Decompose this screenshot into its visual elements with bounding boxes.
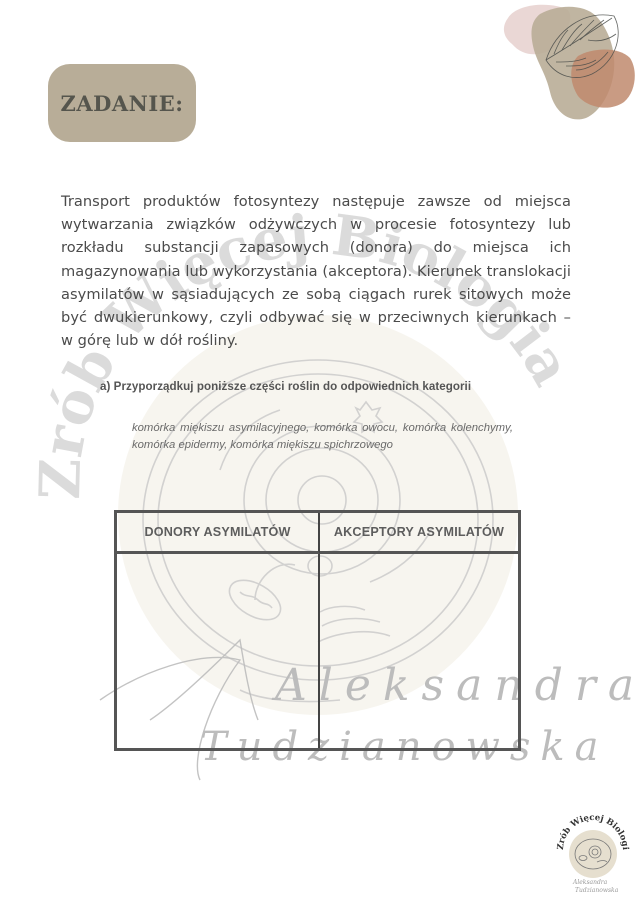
answer-cell-acceptors[interactable] — [320, 554, 518, 748]
svg-text:Tudzianowska: Tudzianowska — [575, 887, 619, 894]
answer-cell-donors[interactable] — [117, 554, 320, 748]
question-prompt: a) Przyporządkuj poniższe części roślin … — [100, 380, 530, 393]
brand-logo: Zrób Więcej Biologia Aleksandra Tudziano… — [553, 810, 633, 898]
task-badge: ZADANIE: — [48, 64, 196, 142]
table-header-donors: DONORY ASYMILATÓW — [117, 513, 320, 554]
answer-table: DONORY ASYMILATÓW AKCEPTORY ASYMILATÓW — [114, 510, 521, 751]
table-header-acceptors: AKCEPTORY ASYMILATÓW — [320, 513, 518, 554]
svg-text:Aleksandra: Aleksandra — [572, 879, 608, 886]
task-badge-label: ZADANIE: — [61, 91, 184, 116]
decorative-leaf-blobs — [496, 0, 636, 128]
intro-paragraph: Transport produktów fotosyntezy następuj… — [61, 190, 571, 352]
items-list: komórka miękiszu asymilacyjnego, komórka… — [132, 420, 513, 454]
